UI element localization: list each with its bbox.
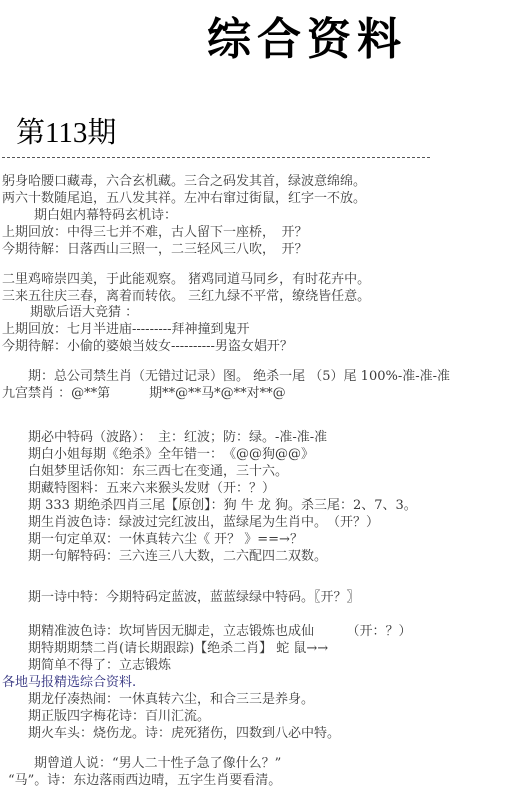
text-line: 白姐梦里话你知：东三西七在变通，三十六。 [28, 464, 288, 480]
issue-number: 第113期 [16, 116, 116, 150]
text-line: 躬身哈腰口藏毒，六合玄机藏。三合之码发其首，绿波意绵绵。 [2, 174, 366, 190]
text-line: 二里鸡啼崇四美，于此能观察。 猪鸡同道马同乡，有时花卉中。 [2, 272, 370, 288]
text-line: 期藏特图料：五来六来猴头发财（开：？） [28, 481, 275, 497]
text-line: 九宫禁肖 ：@**第 期**@**马*@**对**@ [2, 386, 286, 402]
text-line: “马”。诗：东边落雨西边晴，五字生肖要看清。 [8, 773, 281, 789]
text-line: 上期回放：中得三七并不难，古人留下一座桥， 开？ [2, 225, 308, 241]
text-line: 期火车头：烧伤龙。诗：虎死猪伤，四数到八必中特。 [28, 726, 340, 742]
text-line: 期龙仔凑热闹：一休真转六尘，和合三三是养身。 [28, 692, 314, 708]
text-line: 期白小姐每期《绝杀》全年错一： 《@@狗@@》 [28, 447, 314, 463]
text-line: 期 333 期绝杀四肖三尾【原创】：狗 牛 龙 狗。杀三尾：2、7、3。 [28, 498, 417, 514]
text-line: 两六十数随尾追，五八发其祥。左冲右窜过街鼠，红字一不放。 [2, 191, 366, 207]
text-line: 今期待解：日落西山三照一，二三轻风三八吹， 开？ [2, 242, 308, 258]
page-title: 综合资料 [207, 14, 407, 66]
text-line: 期曾道人说：“男人二十性子急了像什么？” [34, 756, 281, 772]
text-line: 期白姐内幕特码玄机诗： [34, 208, 177, 224]
text-line: 今期待解：小偷的婆娘当妓女----------男盗女娼开？ [2, 339, 293, 355]
text-line: 期必中特码（波路）： 主：红波；防：绿。-准-准-准 [28, 430, 327, 446]
text-line: 三来五往庆三春，离着而转依。 三红九绿不平常，缭绕皆任意。 [2, 289, 370, 305]
text-line: 期：总公司禁生肖（无错过记录）图。 绝杀一尾 （5）尾 100%-准-准-准 [28, 369, 450, 385]
text-line: 期生肖波色诗：绿波过完红波出，蓝绿尾为生肖中。 （开？） [28, 515, 379, 531]
text-line: 期正版四字梅花诗：百川汇流。 [28, 709, 210, 725]
text-line: 期歇后语大竞猜 ： [30, 305, 138, 321]
text-line: 期一句解特码：三六连三八大数，二六配四二双数。 [28, 549, 327, 565]
text-line: 上期回放：七月半进庙---------拜神撞到鬼开 [2, 322, 250, 338]
text-line: 期一句定单双：一休真转六尘《 开？ 》==→？ [28, 532, 303, 548]
dashed-divider [2, 157, 430, 158]
text-line: 各地马报精选综合资料. [2, 675, 136, 691]
text-line: 期精准波色诗：坎坷皆因无脚走，立志锻炼也成仙 （开：？） [28, 624, 412, 640]
text-line: 期简单不得了：立志锻炼 [28, 658, 171, 674]
text-line: 期特期期禁二肖(请长期跟踪)【绝杀二肖】 蛇 鼠→→ [28, 641, 328, 657]
text-line: 期一诗中特：今期特码定蓝波，蓝蓝绿绿中特码。〖开？〗 [28, 590, 360, 606]
